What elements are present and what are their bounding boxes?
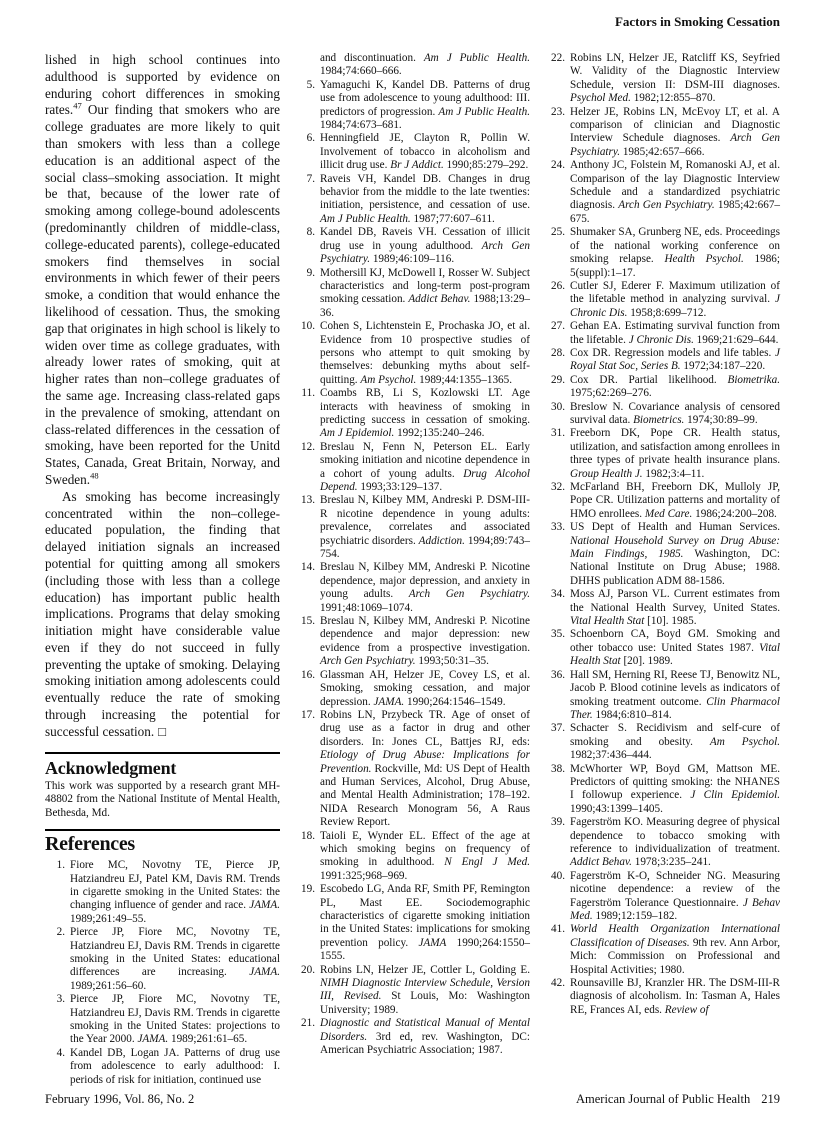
reference-text: Breslau N, Fenn N, Peterson EL. Early sm… [320, 441, 530, 495]
reference-item: 10.Cohen S, Lichtenstein E, Prochaska JO… [295, 320, 530, 387]
reference-text: Rounsaville BJ, Kranzler HR. The DSM-III… [570, 977, 780, 1017]
text-run: 1972;34:187–220. [681, 360, 766, 372]
text-run: 1982;37:436–444. [570, 749, 652, 761]
reference-item: 27.Gehan EA. Estimating survival functio… [545, 320, 780, 347]
reference-number: 18. [295, 830, 320, 884]
reference-item: 1.Fiore MC, Novotny TE, Pierce JP, Hatzi… [45, 859, 280, 926]
reference-item: 6.Henningfield JE, Clayton R, Pollin W. … [295, 132, 530, 172]
reference-text: Freeborn DK, Pope CR. Health status, uti… [570, 427, 780, 481]
reference-item: 5.Yamaguchi K, Kandel DB. Patterns of dr… [295, 79, 530, 133]
text-run: 1991:325;968–969. [320, 870, 407, 882]
reference-number: 26. [545, 280, 570, 320]
reference-number: 1. [45, 859, 70, 926]
reference-text: Fagerström K-O, Schneider NG. Measuring … [570, 870, 780, 924]
reference-text: Raveis VH, Kandel DB. Changes in drug be… [320, 173, 530, 227]
text-run: Addiction. [419, 535, 465, 547]
text-run: 1989;46:109–116. [370, 253, 454, 265]
reference-item: 9.Mothersill KJ, McDowell I, Rosser W. S… [295, 267, 530, 321]
reference-text: Breslow N. Covariance analysis of censor… [570, 401, 780, 428]
text-run: Moss AJ, Parson VL. Current estimates fr… [570, 588, 780, 613]
reference-number: 32. [545, 481, 570, 521]
text-run: Freeborn DK, Pope CR. Health status, uti… [570, 427, 780, 466]
text-run: 1958;8:699–712. [627, 307, 706, 319]
running-head: Factors in Smoking Cessation [615, 14, 780, 30]
text-run: [10]. 1985. [644, 615, 696, 627]
text-run: Biometrika. [727, 374, 780, 386]
text-run: Coambs RB, Li S, Kozlowski LT. Age inter… [320, 387, 530, 426]
reference-item: 38.McWhorter WP, Boyd GM, Mattson ME. Pr… [545, 763, 780, 817]
reference-number [295, 52, 320, 79]
text-run: J Clin Epidemiol. [690, 789, 780, 801]
reference-number: 16. [295, 669, 320, 709]
reference-number: 22. [545, 52, 570, 106]
text-run: Am J Epidemiol. [320, 427, 394, 439]
text-run: 1982;3:4–11. [643, 468, 705, 480]
footer-page-number: 219 [761, 1092, 780, 1106]
text-run: Breslau N, Kilbey MM, Andreski P. Nicoti… [320, 615, 530, 654]
reference-number: 5. [295, 79, 320, 133]
reference-number: 20. [295, 964, 320, 1018]
journal-page: Factors in Smoking Cessation lished in h… [0, 0, 816, 1133]
reference-text: Yamaguchi K, Kandel DB. Patterns of drug… [320, 79, 530, 133]
reference-text: Taioli E, Wynder EL. Effect of the age a… [320, 830, 530, 884]
text-run: 1990;264:1546–1549. [404, 696, 505, 708]
text-run: JAMA. [373, 696, 404, 708]
reference-number: 31. [545, 427, 570, 481]
reference-number: 13. [295, 494, 320, 561]
reference-text: McFarland BH, Freeborn DK, Mulloly JP, P… [570, 481, 780, 521]
reference-number: 29. [545, 374, 570, 401]
reference-number: 11. [295, 387, 320, 441]
text-run: 1978;3:235–241. [632, 856, 711, 868]
reference-item: 40.Fagerström K-O, Schneider NG. Measuri… [545, 870, 780, 924]
content-columns: lished in high school continues into adu… [45, 52, 780, 1087]
reference-item: 24.Anthony JC, Folstein M, Romanoski AJ,… [545, 159, 780, 226]
text-run: Our finding that smokers who are college… [45, 102, 280, 487]
reference-item: 19.Escobedo LG, Anda RF, Smith PF, Remin… [295, 883, 530, 963]
reference-item: 34.Moss AJ, Parson VL. Current estimates… [545, 588, 780, 628]
text-run: 1989;12:159–182. [593, 910, 678, 922]
reference-number: 9. [295, 267, 320, 321]
reference-text: Schacter S. Recidivism and self-cure of … [570, 722, 780, 762]
text-run: Br J Addict. [390, 159, 444, 171]
reference-text: Cox DR. Partial likelihood. Biometrika. … [570, 374, 780, 401]
reference-number: 19. [295, 883, 320, 963]
reference-number: 42. [545, 977, 570, 1017]
left-column: lished in high school continues into adu… [45, 52, 280, 1087]
text-run: Am J Public Health. [424, 52, 530, 64]
references-col3-list: 22.Robins LN, Helzer JE, Ratcliff KS, Se… [545, 52, 780, 1017]
text-run: 1989;261:61–65. [168, 1033, 247, 1045]
footer-issue: February 1996, Vol. 86, No. 2 [45, 1092, 194, 1107]
text-run: Group Health J. [570, 468, 643, 480]
reference-text: Mothersill KJ, McDowell I, Rosser W. Sub… [320, 267, 530, 321]
text-run: Robins LN, Przybeck TR. Age of onset of … [320, 709, 530, 748]
reference-number: 23. [545, 106, 570, 160]
reference-text: Breslau N, Kilbey MM, Andreski P. DSM-II… [320, 494, 530, 561]
reference-text: Escobedo LG, Anda RF, Smith PF, Remingto… [320, 883, 530, 963]
text-run: Med Care. [645, 508, 692, 520]
text-run: 1989;44:1355–1365. [416, 374, 512, 386]
reference-text: Schoenborn CA, Boyd GM. Smoking and othe… [570, 628, 780, 668]
reference-text: Kandel DB, Raveis VH. Cessation of illic… [320, 226, 530, 266]
reference-item: 36.Hall SM, Herning RI, Reese TJ, Benowi… [545, 669, 780, 723]
references-heading: References [45, 833, 280, 856]
reference-text: Breslau N, Kilbey MM, Andreski P. Nicoti… [320, 561, 530, 615]
reference-item: 17.Robins LN, Przybeck TR. Age of onset … [295, 709, 530, 830]
text-run: Am Psychol. [360, 374, 416, 386]
reference-number: 30. [545, 401, 570, 428]
reference-number: 37. [545, 722, 570, 762]
reference-item: 33.US Dept of Health and Human Services.… [545, 521, 780, 588]
reference-item: 2.Pierce JP, Fiore MC, Novotny TE, Hatzi… [45, 926, 280, 993]
text-run: 1990;43:1399–1405. [570, 803, 663, 815]
right-column: 22.Robins LN, Helzer JE, Ratcliff KS, Se… [545, 52, 780, 1087]
reference-number: 41. [545, 923, 570, 977]
text-run: US Dept of Health and Human Services. [570, 521, 780, 533]
text-run: Psychol Med. [570, 92, 631, 104]
reference-text: World Health Organization International … [570, 923, 780, 977]
reference-item: and discontinuation. Am J Public Health.… [295, 52, 530, 79]
reference-item: 14.Breslau N, Kilbey MM, Andreski P. Nic… [295, 561, 530, 615]
reference-text: Robins LN, Helzer JE, Cottler L, Golding… [320, 964, 530, 1018]
text-run: Vital Health Stat [570, 615, 644, 627]
text-run: 1974;30:89–99. [684, 414, 757, 426]
reference-number: 24. [545, 159, 570, 226]
reference-text: Helzer JE, Robins LN, McEvoy LT, et al. … [570, 106, 780, 160]
references-col2-list: and discontinuation. Am J Public Health.… [295, 52, 530, 1057]
acknowledgment-heading: Acknowledgment [45, 758, 280, 779]
text-run: Robins LN, Helzer JE, Ratcliff KS, Seyfr… [570, 52, 780, 91]
reference-number: 6. [295, 132, 320, 172]
reference-text: Cox DR. Regression models and life table… [570, 347, 780, 374]
text-run: [20]. 1989. [621, 655, 673, 667]
reference-number: 4. [45, 1047, 70, 1087]
body-paragraph: As smoking has become increasingly conce… [45, 489, 280, 741]
reference-text: US Dept of Health and Human Services. Na… [570, 521, 780, 588]
reference-item: 39.Fagerström KO. Measuring degree of ph… [545, 816, 780, 870]
reference-text: Cutler SJ, Ederer F. Maximum utilization… [570, 280, 780, 320]
reference-text: Breslau N, Kilbey MM, Andreski P. Nicoti… [320, 615, 530, 669]
footer-journal-page: American Journal of Public Health219 [576, 1092, 780, 1107]
text-run: Addict Behav. [570, 856, 632, 868]
reference-number: 28. [545, 347, 570, 374]
text-run: 1989;261:56–60. [70, 980, 146, 992]
reference-text: Gehan EA. Estimating survival function f… [570, 320, 780, 347]
reference-text: Diagnostic and Statistical Manual of Men… [320, 1017, 530, 1057]
reference-number: 34. [545, 588, 570, 628]
text-run: 1993;50:31–35. [416, 655, 489, 667]
reference-item: 29.Cox DR. Partial likelihood. Biometrik… [545, 374, 780, 401]
reference-number: 15. [295, 615, 320, 669]
reference-text: Shumaker SA, Grunberg NE, eds. Proceedin… [570, 226, 780, 280]
text-run: Biometrics. [633, 414, 684, 426]
reference-item: 3.Pierce JP, Fiore MC, Novotny TE, Hatzi… [45, 993, 280, 1047]
reference-text: Hall SM, Herning RI, Reese TJ, Benowitz … [570, 669, 780, 723]
reference-number: 40. [545, 870, 570, 924]
reference-text: Glassman AH, Helzer JE, Covey LS, et al.… [320, 669, 530, 709]
reference-item: 20.Robins LN, Helzer JE, Cottler L, Gold… [295, 964, 530, 1018]
reference-item: 11.Coambs RB, Li S, Kozlowski LT. Age in… [295, 387, 530, 441]
text-run: As smoking has become increasingly conce… [45, 489, 280, 739]
text-run: Am J Public Health. [320, 213, 411, 225]
reference-number: 39. [545, 816, 570, 870]
reference-text: McWhorter WP, Boyd GM, Mattson ME. Predi… [570, 763, 780, 817]
reference-item: 12.Breslau N, Fenn N, Peterson EL. Early… [295, 441, 530, 495]
page-footer: February 1996, Vol. 86, No. 2 American J… [45, 1092, 780, 1107]
reference-number: 2. [45, 926, 70, 993]
text-run: Schoenborn CA, Boyd GM. Smoking and othe… [570, 628, 780, 653]
reference-text: Cohen S, Lichtenstein E, Prochaska JO, e… [320, 320, 530, 387]
reference-text: Fagerström KO. Measuring degree of physi… [570, 816, 780, 870]
text-run: Am J Public Health. [438, 106, 530, 118]
text-run: Arch Gen Psychiatry. [618, 199, 714, 211]
text-run: Fagerström KO. Measuring degree of physi… [570, 816, 780, 855]
reference-text: Pierce JP, Fiore MC, Novotny TE, Hatzian… [70, 993, 280, 1047]
reference-item: 16.Glassman AH, Helzer JE, Covey LS, et … [295, 669, 530, 709]
text-run: Arch Gen Psychiatry. [409, 588, 530, 600]
reference-text: Pierce JP, Fiore MC, Novotny TE, Hatzian… [70, 926, 280, 993]
reference-item: 28.Cox DR. Regression models and life ta… [545, 347, 780, 374]
section-divider [45, 752, 280, 754]
text-run: J Chronic Dis. [629, 334, 694, 346]
reference-item: 4.Kandel DB, Logan JA. Patterns of drug … [45, 1047, 280, 1087]
text-run: Addict Behav. [408, 293, 470, 305]
references-col1-list: 1.Fiore MC, Novotny TE, Pierce JP, Hatzi… [45, 859, 280, 1087]
body-paragraphs: lished in high school continues into adu… [45, 52, 280, 741]
reference-number: 36. [545, 669, 570, 723]
reference-item: 7.Raveis VH, Kandel DB. Changes in drug … [295, 173, 530, 227]
text-run: 1984;6:810–814. [593, 709, 672, 721]
text-run: Review of [665, 1004, 709, 1016]
reference-number: 27. [545, 320, 570, 347]
reference-number: 10. [295, 320, 320, 387]
text-run: 1982;12:855–870. [631, 92, 716, 104]
reference-item: 31.Freeborn DK, Pope CR. Health status, … [545, 427, 780, 481]
reference-number: 17. [295, 709, 320, 830]
text-run: 1984;74:673–681. [320, 119, 402, 131]
text-run: and discontinuation. [320, 52, 424, 64]
reference-text: Kandel DB, Logan JA. Patterns of drug us… [70, 1047, 280, 1087]
text-run: Cutler SJ, Ederer F. Maximum utilization… [570, 280, 780, 305]
reference-text: Moss AJ, Parson VL. Current estimates fr… [570, 588, 780, 628]
reference-item: 35.Schoenborn CA, Boyd GM. Smoking and o… [545, 628, 780, 668]
text-run: Arch Gen Psychiatry. [320, 655, 416, 667]
reference-item: 26.Cutler SJ, Ederer F. Maximum utilizat… [545, 280, 780, 320]
reference-number: 8. [295, 226, 320, 266]
text-run: 1985;42:657–666. [620, 146, 705, 158]
reference-item: 8.Kandel DB, Raveis VH. Cessation of ill… [295, 226, 530, 266]
footer-journal: American Journal of Public Health [576, 1092, 750, 1106]
body-paragraph: lished in high school continues into adu… [45, 52, 280, 489]
text-run: 1990;85:279–292. [444, 159, 529, 171]
reference-text: and discontinuation. Am J Public Health.… [320, 52, 530, 79]
text-run: Am Psychol. [710, 736, 780, 748]
text-run: Health Psychol. [664, 253, 743, 265]
end-of-article-icon: □ [154, 724, 166, 739]
text-run: JAMA [418, 937, 446, 949]
reference-number: 3. [45, 993, 70, 1047]
text-run: JAMA. [249, 966, 280, 978]
text-run: 48 [90, 471, 99, 481]
text-run: Cox DR. Regression models and life table… [570, 347, 775, 359]
text-run: Robins LN, Helzer JE, Cottler L, Golding… [320, 964, 530, 976]
reference-item: 32.McFarland BH, Freeborn DK, Mulloly JP… [545, 481, 780, 521]
reference-text: Robins LN, Helzer JE, Ratcliff KS, Seyfr… [570, 52, 780, 106]
reference-item: 18.Taioli E, Wynder EL. Effect of the ag… [295, 830, 530, 884]
text-run: 1969;21:629–644. [694, 334, 779, 346]
reference-number: 21. [295, 1017, 320, 1057]
text-run: Cox DR. Partial likelihood. [570, 374, 727, 386]
text-run: Kandel DB, Logan JA. Patterns of drug us… [70, 1047, 280, 1086]
reference-text: Henningfield JE, Clayton R, Pollin W. In… [320, 132, 530, 172]
text-run: JAMA. [249, 899, 280, 911]
acknowledgment-text: This work was supported by a research gr… [45, 780, 280, 821]
reference-item: 22.Robins LN, Helzer JE, Ratcliff KS, Se… [545, 52, 780, 106]
middle-column: and discontinuation. Am J Public Health.… [295, 52, 530, 1087]
reference-item: 42.Rounsaville BJ, Kranzler HR. The DSM-… [545, 977, 780, 1017]
reference-number: 7. [295, 173, 320, 227]
text-run: N Engl J Med. [444, 856, 530, 868]
reference-item: 37.Schacter S. Recidivism and self-cure … [545, 722, 780, 762]
text-run: 1984;74:660–666. [320, 65, 402, 77]
text-run: Raveis VH, Kandel DB. Changes in drug be… [320, 173, 530, 212]
text-run: 1975;62:269–276. [570, 387, 652, 399]
text-run: 1987;77:607–611. [411, 213, 495, 225]
text-run: 1986;24:200–208. [692, 508, 777, 520]
reference-item: 30.Breslow N. Covariance analysis of cen… [545, 401, 780, 428]
text-run: 1991;48:1069–1074. [320, 602, 413, 614]
reference-number: 12. [295, 441, 320, 495]
reference-text: Robins LN, Przybeck TR. Age of onset of … [320, 709, 530, 830]
reference-number: 38. [545, 763, 570, 817]
reference-item: 23.Helzer JE, Robins LN, McEvoy LT, et a… [545, 106, 780, 160]
section-divider [45, 829, 280, 831]
text-run: 1989;261:49–55. [70, 913, 146, 925]
reference-item: 15.Breslau N, Kilbey MM, Andreski P. Nic… [295, 615, 530, 669]
text-run: 1992;135:240–246. [394, 427, 484, 439]
reference-number: 14. [295, 561, 320, 615]
reference-item: 21.Diagnostic and Statistical Manual of … [295, 1017, 530, 1057]
reference-item: 25.Shumaker SA, Grunberg NE, eds. Procee… [545, 226, 780, 280]
reference-item: 41.World Health Organization Internation… [545, 923, 780, 977]
reference-text: Anthony JC, Folstein M, Romanoski AJ, et… [570, 159, 780, 226]
text-run: 47 [73, 101, 82, 111]
text-run: JAMA. [137, 1033, 168, 1045]
text-run: 1993;33:129–137. [358, 481, 443, 493]
reference-number: 25. [545, 226, 570, 280]
reference-number: 33. [545, 521, 570, 588]
reference-item: 13.Breslau N, Kilbey MM, Andreski P. DSM… [295, 494, 530, 561]
reference-text: Coambs RB, Li S, Kozlowski LT. Age inter… [320, 387, 530, 441]
reference-text: Fiore MC, Novotny TE, Pierce JP, Hatzian… [70, 859, 280, 926]
reference-number: 35. [545, 628, 570, 668]
